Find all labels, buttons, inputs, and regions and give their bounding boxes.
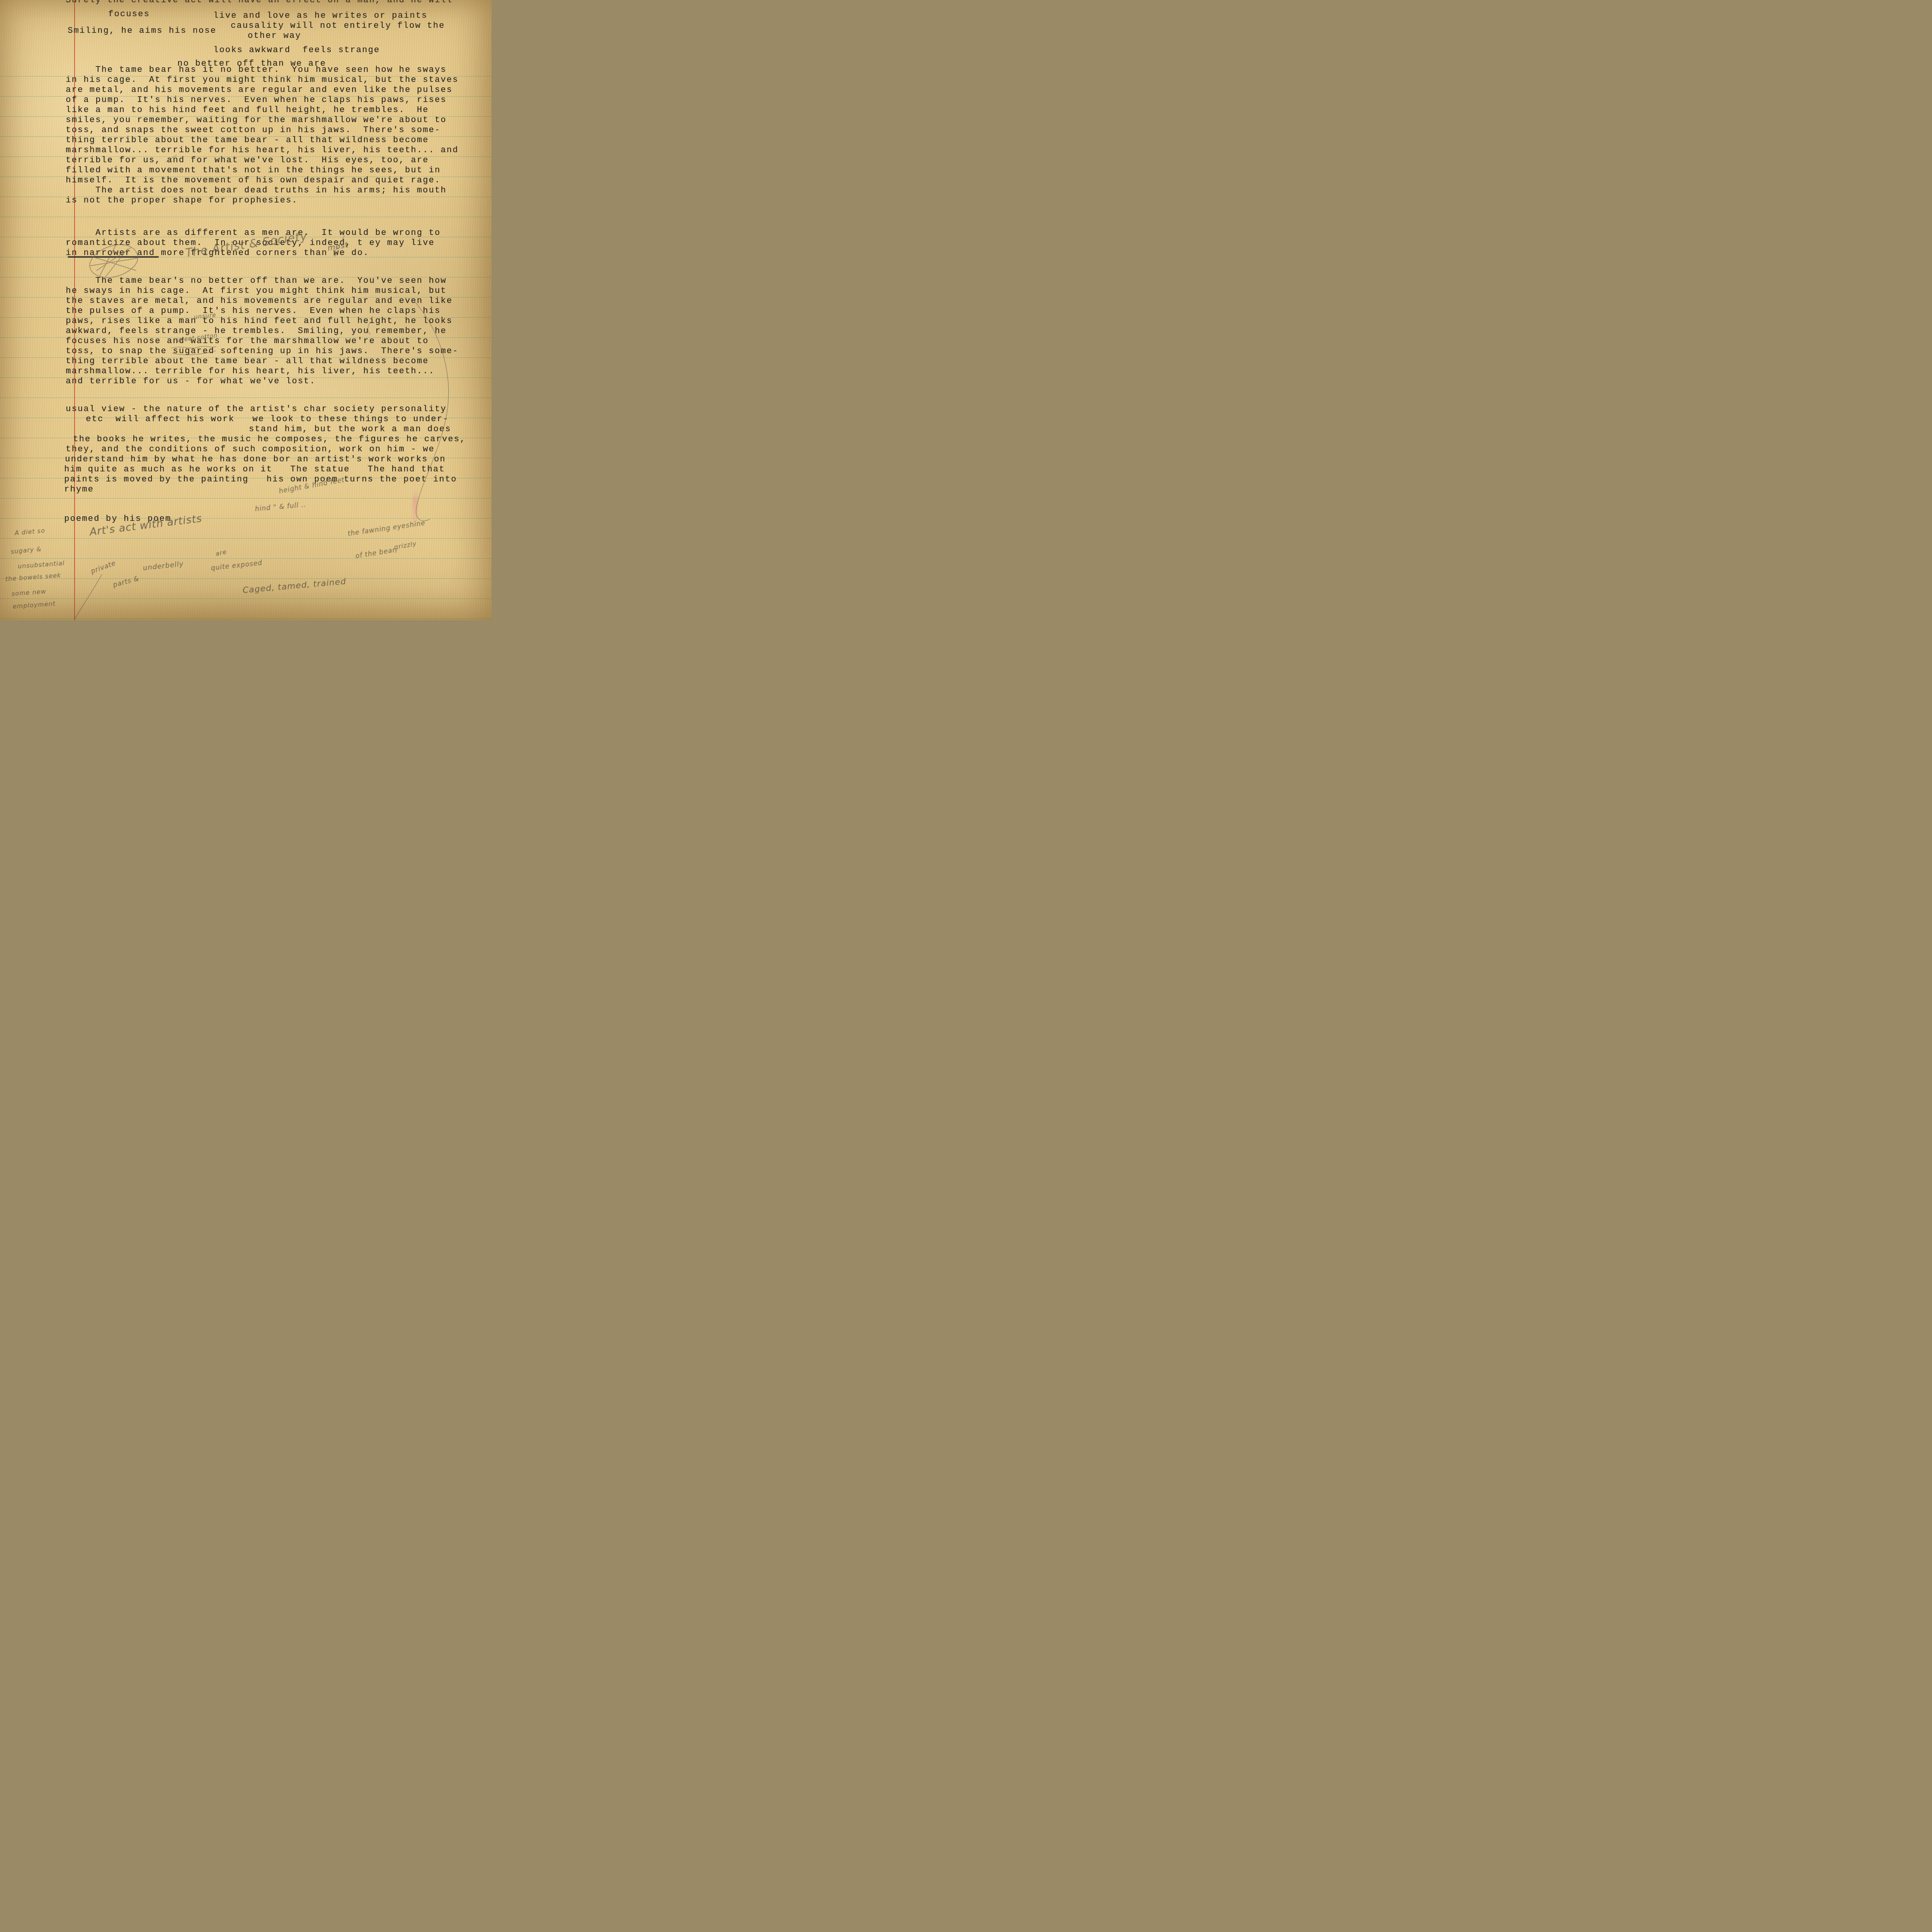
paragraph-tame-bear-2: The tame bear's no better off than we ar… xyxy=(66,276,459,386)
typed-line: toss, and snaps the sweet cotton up in h… xyxy=(66,125,459,135)
typed-line: awkward, feels strange - he trembles. Sm… xyxy=(66,326,459,336)
handwritten-note-hind-full: hind " & full .. xyxy=(255,501,306,513)
handwritten-note-of-the-bear: of the bear, xyxy=(355,546,398,560)
typed-line: is not the proper shape for prophesies. xyxy=(66,196,459,206)
typed-line: like a man to his hind feet and full hei… xyxy=(66,105,459,115)
handwritten-margin-sugary: sugary & xyxy=(10,545,42,555)
typed-line: marshmallow... terrible for his heart, h… xyxy=(66,366,459,376)
typed-line: terrible for us, and for what we've lost… xyxy=(66,155,459,165)
typed-note-rhyme: rhyme xyxy=(64,485,94,495)
typed-line: marshmallow... terrible for his heart, h… xyxy=(66,145,459,155)
typed-line: the pulses of a pump. It's his nerves. E… xyxy=(66,306,459,316)
typed-line: smiles, you remember, waiting for the ma… xyxy=(66,115,459,125)
typed-line: thing terrible about the tame bear - all… xyxy=(66,356,459,366)
typed-line: The artist does not bear dead truths in … xyxy=(66,185,459,196)
typed-note-focuses: focuses xyxy=(108,9,150,19)
typed-note-him-quite: him quite as much as he works on it The … xyxy=(64,464,445,474)
typed-line-cutoff: Surely the creative act will have an eff… xyxy=(66,0,452,5)
typed-line: toss, to snap the sugared softening up i… xyxy=(66,346,459,356)
handwritten-note-caged-tamed-trained: Caged, tamed, trained xyxy=(242,577,347,595)
typed-line: of a pump. It's his nerves. Even when he… xyxy=(66,95,459,105)
typed-line: The tame bear's no better off than we ar… xyxy=(66,276,459,286)
typed-line: are metal, and his movements are regular… xyxy=(66,85,459,95)
typed-note-looks-awkward: looks awkward feels strange xyxy=(213,45,380,55)
typed-note-usual-view: usual view - the nature of the artist's … xyxy=(66,404,447,414)
typed-line: he sways in his cage. At first you might… xyxy=(66,286,459,296)
typed-line: the staves are metal, and his movements … xyxy=(66,296,459,306)
typed-line: in his cage. At first you might think hi… xyxy=(66,75,459,85)
typed-line: and terrible for us - for what we've los… xyxy=(66,376,459,386)
typed-note-live-and-love: live and love as he writes or paints xyxy=(213,11,427,21)
handwritten-note-underbelly: underbelly xyxy=(143,560,184,572)
handwritten-margin-unsubstantial: unsubstantial xyxy=(17,560,65,570)
typed-line: thing terrible about the tame bear - all… xyxy=(66,135,459,145)
handwritten-margin-some-new: some new xyxy=(11,588,46,597)
handwritten-margin-a-diet-so: A diet so xyxy=(14,527,45,537)
handwritten-note-private: private xyxy=(90,560,117,576)
typed-note-other-way: other way xyxy=(248,31,301,41)
typed-note-causality: causality will not entirely flow the xyxy=(231,21,445,31)
typed-note-they-and: they, and the conditions of such composi… xyxy=(66,444,435,454)
manuscript-page: Surely the creative act will have an eff… xyxy=(0,0,492,620)
typed-line: The tame bear has it no better. You have… xyxy=(66,65,459,75)
pencil-diagonal-stroke xyxy=(75,575,102,619)
typed-note-paints-is-moved: paints is moved by the painting his own … xyxy=(64,474,457,485)
typed-note-smiling: Smiling, he aims his nose xyxy=(68,26,216,36)
typed-note-understand-him: understand him by what he has done bor a… xyxy=(65,454,446,464)
handwritten-note-quite-exposed: quite exposed xyxy=(211,559,263,572)
handwritten-note-are: are xyxy=(215,548,228,558)
handwritten-margin-employment: employment xyxy=(12,600,56,610)
typed-line: focuses his nose and waits for the marsh… xyxy=(66,336,459,346)
typed-line: himself. It is the movement of his own d… xyxy=(66,175,459,185)
handwritten-note-parts: parts & xyxy=(112,575,140,589)
typed-line: paws, rises like a man to his hind feet … xyxy=(66,316,459,326)
paragraph-tame-bear-1: The tame bear has it no better. You have… xyxy=(66,65,459,206)
typed-note-etc-affect: etc will affect his work we look to thes… xyxy=(86,414,449,424)
typed-divider-rule xyxy=(68,256,159,258)
typed-note-the-books: the books he writes, the music he compos… xyxy=(73,434,466,444)
typed-note-stand-him: stand him, but the work a man does xyxy=(249,424,451,434)
typed-line: filled with a movement that's not in the… xyxy=(66,165,459,175)
handwritten-margin-bowels-seek: the bowels seek xyxy=(5,571,61,583)
handwritten-note-fawning-eyeshine: the fawning eyeshine xyxy=(347,519,426,538)
